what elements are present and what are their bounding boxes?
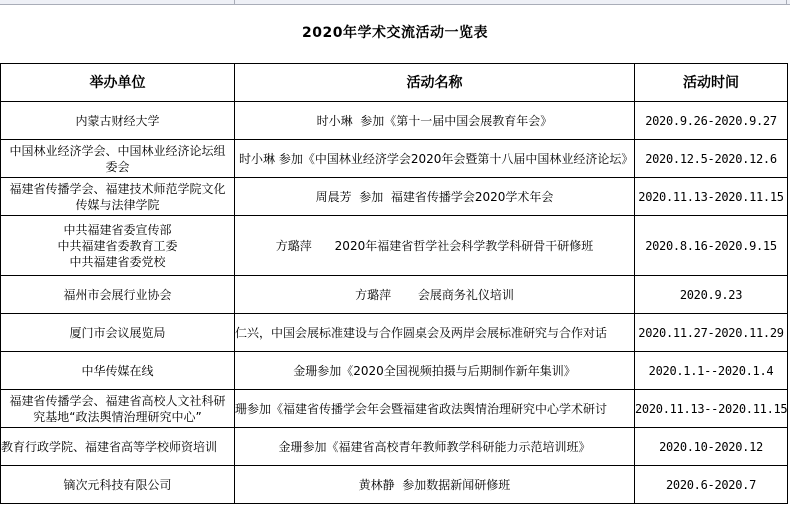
- cell-organizer[interactable]: 教育行政学院、福建省高等学校师资培训: [1, 428, 235, 466]
- cell-activity[interactable]: 时小琳 参加《中国林业经济学会2020年会暨第十八届中国林业经济论坛》: [235, 140, 635, 178]
- cell-time[interactable]: 2020.9.23: [635, 276, 788, 314]
- cell-organizer[interactable]: 厦门市会议展览局: [1, 314, 235, 352]
- organizer-line: 中共福建省委宣传部: [3, 222, 232, 238]
- cell-time[interactable]: 2020.11.27-2020.11.29: [635, 314, 788, 352]
- cell-activity[interactable]: 方璐萍 2020年福建省哲学社会科学教学科研骨干研修班: [235, 216, 635, 276]
- cell-organizer[interactable]: 中国林业经济学会、中国林业经济论坛组委会: [1, 140, 235, 178]
- table-row: 中国林业经济学会、中国林业经济论坛组委会 时小琳 参加《中国林业经济学会2020…: [1, 140, 788, 178]
- cell-time[interactable]: 2020.6-2020.7: [635, 466, 788, 504]
- table-header-row: 举办单位 活动名称 活动时间: [1, 64, 788, 102]
- cell-activity[interactable]: 金珊参加《2020全国视频拍摄与后期制作新年集训》: [235, 352, 635, 390]
- cell-organizer[interactable]: 中共福建省委宣传部 中共福建省委教育工委 中共福建省委党校: [1, 216, 235, 276]
- organizer-line: 中共福建省委党校: [3, 254, 232, 270]
- spreadsheet-top-strip: [0, 0, 790, 5]
- activity-table: 举办单位 活动名称 活动时间 内蒙古财经大学 时小琳 参加《第十一届中国会展教育…: [0, 63, 788, 504]
- table-row: 内蒙古财经大学 时小琳 参加《第十一届中国会展教育年会》 2020.9.26-2…: [1, 102, 788, 140]
- cell-time[interactable]: 2020.11.13-2020.11.15: [635, 178, 788, 216]
- table-row: 福州市会展行业协会 方璐萍 会展商务礼仪培训 2020.9.23: [1, 276, 788, 314]
- header-organizer[interactable]: 举办单位: [1, 64, 235, 102]
- cell-time[interactable]: 2020.10-2020.12: [635, 428, 788, 466]
- header-time[interactable]: 活动时间: [635, 64, 788, 102]
- cell-activity[interactable]: 方璐萍 会展商务礼仪培训: [235, 276, 635, 314]
- organizer-line: 中共福建省委教育工委: [3, 238, 232, 254]
- page-title: 2020年学术交流活动一览表: [0, 22, 790, 42]
- cell-time[interactable]: 2020.1.1--2020.1.4: [635, 352, 788, 390]
- cell-organizer[interactable]: 镝次元科技有限公司: [1, 466, 235, 504]
- cell-activity[interactable]: 金珊参加《福建省高校青年教师教学科研能力示范培训班》: [235, 428, 635, 466]
- cell-activity[interactable]: 周晨芳 参加 福建省传播学会2020学术年会: [235, 178, 635, 216]
- cell-activity[interactable]: 时小琳 参加《第十一届中国会展教育年会》: [235, 102, 635, 140]
- table-row: 福建省传播学会、福建省高校人文社科研究基地“政法舆情治理研究中心” 珊参加《福建…: [1, 390, 788, 428]
- cell-activity[interactable]: 珊参加《福建省传播学会年会暨福建省政法舆情治理研究中心学术研讨: [235, 390, 635, 428]
- cell-time[interactable]: 2020.11.13--2020.11.15: [635, 390, 788, 428]
- cell-organizer[interactable]: 福建省传播学会、福建省高校人文社科研究基地“政法舆情治理研究中心”: [1, 390, 235, 428]
- column-divider: [234, 0, 235, 4]
- table-row: 中华传媒在线 金珊参加《2020全国视频拍摄与后期制作新年集训》 2020.1.…: [1, 352, 788, 390]
- header-activity[interactable]: 活动名称: [235, 64, 635, 102]
- column-divider: [786, 0, 787, 4]
- table-row: 福建省传播学会、福建技术师范学院文化传媒与法律学院 周晨芳 参加 福建省传播学会…: [1, 178, 788, 216]
- cell-activity[interactable]: 仁兴，中国会展标准建设与合作圆桌会及两岸会展标准研究与合作对话: [235, 314, 635, 352]
- table-row: 中共福建省委宣传部 中共福建省委教育工委 中共福建省委党校 方璐萍 2020年福…: [1, 216, 788, 276]
- cell-activity[interactable]: 黄林静 参加数据新闻研修班: [235, 466, 635, 504]
- cell-organizer[interactable]: 福州市会展行业协会: [1, 276, 235, 314]
- cell-time[interactable]: 2020.9.26-2020.9.27: [635, 102, 788, 140]
- cell-time[interactable]: 2020.12.5-2020.12.6: [635, 140, 788, 178]
- cell-time[interactable]: 2020.8.16-2020.9.15: [635, 216, 788, 276]
- table-row: 教育行政学院、福建省高等学校师资培训 金珊参加《福建省高校青年教师教学科研能力示…: [1, 428, 788, 466]
- cell-organizer[interactable]: 中华传媒在线: [1, 352, 235, 390]
- table-row: 厦门市会议展览局 仁兴，中国会展标准建设与合作圆桌会及两岸会展标准研究与合作对话…: [1, 314, 788, 352]
- cell-organizer[interactable]: 内蒙古财经大学: [1, 102, 235, 140]
- table-row: 镝次元科技有限公司 黄林静 参加数据新闻研修班 2020.6-2020.7: [1, 466, 788, 504]
- cell-organizer[interactable]: 福建省传播学会、福建技术师范学院文化传媒与法律学院: [1, 178, 235, 216]
